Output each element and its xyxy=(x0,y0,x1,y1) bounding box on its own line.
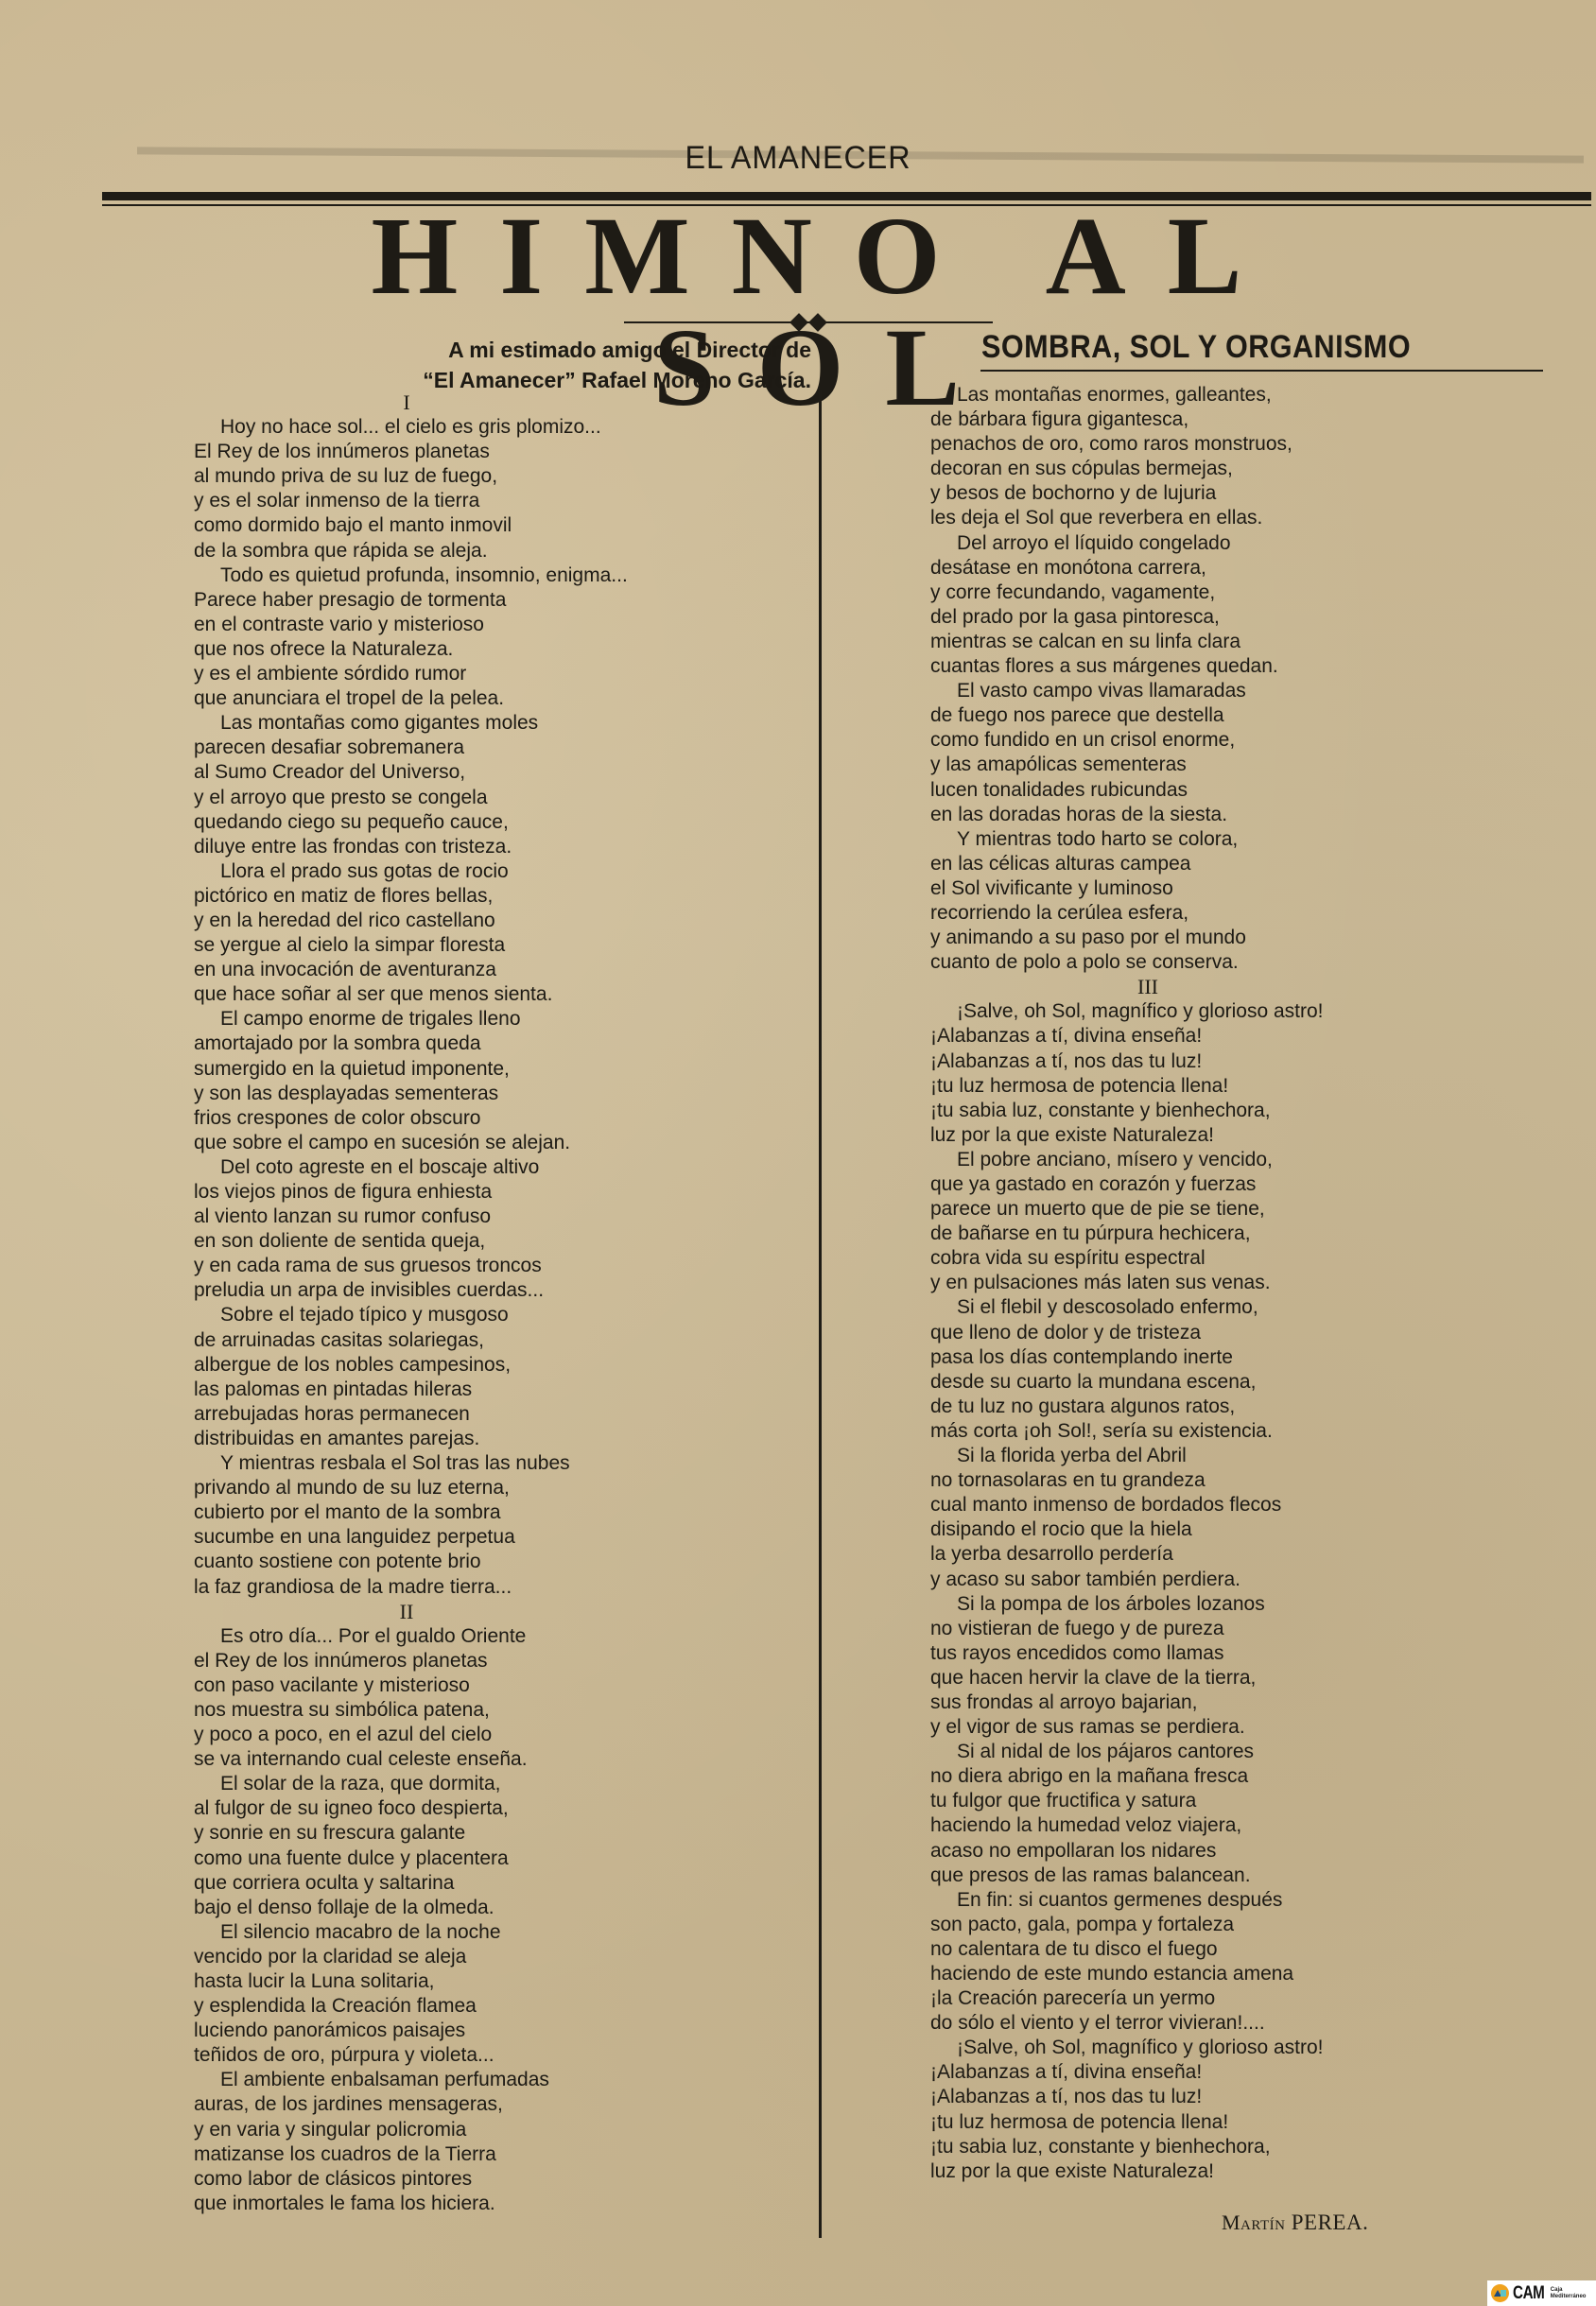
verse-line: ¡Salve, oh Sol, magnífico y glorioso ast… xyxy=(930,2036,1535,2060)
verse-line: que hacen hervir la clave de la tierra, xyxy=(930,1666,1535,1690)
verse-line: Si al nidal de los pájaros cantores xyxy=(930,1740,1535,1764)
verse-line: El solar de la raza, que dormita, xyxy=(194,1772,799,1796)
verse-line: les deja el Sol que reverbera en ellas. xyxy=(930,506,1535,530)
verse-line: cuanto sostiene con potente brio xyxy=(194,1550,799,1574)
verse-line: desátase en monótona carrera, xyxy=(930,556,1535,581)
verse-line: nos muestra su simbólica patena, xyxy=(194,1698,799,1723)
verse-line: los viejos pinos de figura enhiesta xyxy=(194,1180,799,1205)
stanza-numeral: II xyxy=(194,1600,619,1624)
verse-line: teñidos de oro, púrpura y violeta... xyxy=(194,2043,799,2068)
verse-line: y corre fecundando, vagamente, xyxy=(930,581,1535,605)
verse-line: Todo es quietud profunda, insomnio, enig… xyxy=(194,563,799,588)
verse-line: que corriera oculta y saltarina xyxy=(194,1871,799,1896)
verse-line: vencido por la claridad se aleja xyxy=(194,1945,799,1969)
verse-line: se va internando cual celeste enseña. xyxy=(194,1747,799,1772)
verse-line: en las célicas alturas campea xyxy=(930,852,1535,876)
poem-left-column: IHoy no hace sol... el cielo es gris plo… xyxy=(194,390,799,2216)
verse-line: de la sombra que rápida se aleja. xyxy=(194,539,799,563)
verse-line: no vistieran de fuego y de pureza xyxy=(930,1617,1535,1641)
verse-line: El ambiente enbalsaman perfumadas xyxy=(194,2068,799,2092)
verse-line: como una fuente dulce y placentera xyxy=(194,1847,799,1871)
verse-line: mientras se calcan en su linfa clara xyxy=(930,630,1535,654)
verse-line: y en pulsaciones más laten sus venas. xyxy=(930,1271,1535,1295)
verse-line: no tornasolaras en tu grandeza xyxy=(930,1468,1535,1493)
verse-line: En fin: si cuantos germenes después xyxy=(930,1888,1535,1913)
verse-line: sumergido en la quietud imponente, xyxy=(194,1057,799,1082)
verse-line: Del arroyo el líquido congelado xyxy=(930,531,1535,556)
verse-line: disipando el rocio que la hiela xyxy=(930,1517,1535,1542)
verse-line: que hace soñar al ser que menos sienta. xyxy=(194,982,799,1007)
verse-line: las palomas en pintadas hileras xyxy=(194,1378,799,1402)
verse-line: y besos de bochorno y de lujuria xyxy=(930,481,1535,506)
author-last-name: PEREA. xyxy=(1292,2211,1369,2234)
verse-line: Las montañas como gigantes moles xyxy=(194,711,799,736)
verse-line: y es el ambiente sórdido rumor xyxy=(194,662,799,686)
verse-line: bajo el denso follaje de la olmeda. xyxy=(194,1896,799,1920)
verse-line: como fundido en un crisol enorme, xyxy=(930,728,1535,753)
verse-line: que lleno de dolor y de tristeza xyxy=(930,1321,1535,1345)
verse-line: el Rey de los innúmeros planetas xyxy=(194,1649,799,1673)
verse-line: en una invocación de aventuranza xyxy=(194,958,799,982)
verse-line: frios crespones de color obscuro xyxy=(194,1106,799,1131)
verse-line: hasta lucir la Luna solitaria, xyxy=(194,1969,799,1994)
verse-line: recorriendo la cerúlea esfera, xyxy=(930,901,1535,926)
verse-line: de bañarse en tu púrpura hechicera, xyxy=(930,1222,1535,1246)
poem-right-column: Las montañas enormes, galleantes,de bárb… xyxy=(930,383,1535,2184)
verse-line: de fuego nos parece que destella xyxy=(930,703,1535,728)
cam-circle-logo-icon xyxy=(1491,2284,1509,2302)
logo-text: CAM xyxy=(1513,2283,1544,2304)
verse-line: no diera abrigo en la mañana fresca xyxy=(930,1764,1535,1789)
verse-line: la yerba desarrollo perdería xyxy=(930,1542,1535,1567)
verse-line: y sonrie en su frescura galante xyxy=(194,1821,799,1846)
section-title: SOMBRA, SOL Y ORGANISMO xyxy=(981,329,1483,366)
verse-line: ¡tu sabia luz, constante y bienhechora, xyxy=(930,2135,1535,2159)
section-title-underline xyxy=(980,370,1543,372)
verse-line: y son las desplayadas sementeras xyxy=(194,1082,799,1106)
verse-line: en las doradas horas de la siesta. xyxy=(930,803,1535,827)
verse-line: Llora el prado sus gotas de rocio xyxy=(194,859,799,884)
verse-line: ¡Alabanzas a tí, nos das tu luz! xyxy=(930,1049,1535,1074)
verse-line: y el arroyo que presto se congela xyxy=(194,786,799,810)
verse-line: y el vigor de sus ramas se perdiera. xyxy=(930,1715,1535,1740)
stanza-numeral: III xyxy=(930,975,1365,999)
verse-line: parece un muerto que de pie se tiene, xyxy=(930,1197,1535,1222)
verse-line: cual manto inmenso de bordados flecos xyxy=(930,1493,1535,1517)
verse-line: ¡Alabanzas a tí, nos das tu luz! xyxy=(930,2085,1535,2109)
verse-line: Si la pompa de los árboles lozanos xyxy=(930,1592,1535,1617)
verse-line: auras, de los jardines mensageras, xyxy=(194,2092,799,2117)
square-icon xyxy=(1501,2290,1506,2297)
verse-line: tus rayos encedidos como llamas xyxy=(930,1641,1535,1666)
verse-line: desde su cuarto la mundana escena, xyxy=(930,1370,1535,1395)
verse-line: al mundo priva de su luz de fuego, xyxy=(194,464,799,489)
verse-line: son pacto, gala, pompa y fortaleza xyxy=(930,1913,1535,1937)
verse-line: amortajado por la sombra queda xyxy=(194,1032,799,1056)
verse-line: distribuidas en amantes parejas. xyxy=(194,1427,799,1451)
verse-line: haciendo de este mundo estancia amena xyxy=(930,1962,1535,1986)
verse-line: y poco a poco, en el azul del cielo xyxy=(194,1723,799,1747)
verse-line: Sobre el tejado típico y musgoso xyxy=(194,1303,799,1327)
verse-line: que presos de las ramas balancean. xyxy=(930,1864,1535,1888)
verse-line: ¡tu luz hermosa de potencia llena! xyxy=(930,1074,1535,1099)
verse-line: parecen desafiar sobremanera xyxy=(194,736,799,760)
verse-line: cobra vida su espíritu espectral xyxy=(930,1246,1535,1271)
verse-line: El Rey de los innúmeros planetas xyxy=(194,440,799,464)
verse-line: preludia un arpa de invisibles cuerdas..… xyxy=(194,1278,799,1303)
verse-line: El pobre anciano, mísero y vencido, xyxy=(930,1148,1535,1172)
verse-line: diluye entre las frondas con tristeza. xyxy=(194,835,799,859)
verse-line: ¡tu luz hermosa de potencia llena! xyxy=(930,2110,1535,2135)
verse-line: ¡tu sabia luz, constante y bienhechora, xyxy=(930,1099,1535,1123)
verse-line: Hoy no hace sol... el cielo es gris plom… xyxy=(194,415,799,440)
verse-line: pictórico en matiz de flores bellas, xyxy=(194,884,799,909)
newspaper-page: EL AMANECER HIMNO AL SOL A mi estimado a… xyxy=(0,0,1596,2306)
author-signature: Martín PEREA. xyxy=(1222,2211,1368,2235)
verse-line: se yergue al cielo la simpar floresta xyxy=(194,933,799,958)
verse-line: como labor de clásicos pintores xyxy=(194,2167,799,2192)
verse-line: El vasto campo vivas llamaradas xyxy=(930,679,1535,703)
logo-subtitle: Caja Mediterráneo xyxy=(1551,2287,1587,2300)
verse-line: luz por la que existe Naturaleza! xyxy=(930,1123,1535,1148)
verse-line: ¡Alabanzas a tí, divina enseña! xyxy=(930,2060,1535,2085)
verse-line: y animando a su paso por el mundo xyxy=(930,926,1535,950)
verse-line: como dormido bajo el manto inmovil xyxy=(194,513,799,538)
dedication: A mi estimado amigo el Director de “El A… xyxy=(180,335,811,395)
verse-line: y las amapólicas sementeras xyxy=(930,753,1535,777)
verse-line: Y mientras resbala el Sol tras las nubes xyxy=(194,1451,799,1476)
verse-line: de arruinadas casitas solariegas, xyxy=(194,1328,799,1353)
verse-line: Si el flebil y descosolado enfermo, xyxy=(930,1295,1535,1320)
verse-line: ¡Alabanzas a tí, divina enseña! xyxy=(930,1024,1535,1049)
author-first-name: Martín xyxy=(1222,2211,1286,2234)
verse-line: y es el solar inmenso de la tierra xyxy=(194,489,799,513)
verse-line: en el contraste vario y misterioso xyxy=(194,613,799,637)
verse-line: y en la heredad del rico castellano xyxy=(194,909,799,933)
verse-line: pasa los días contemplando inerte xyxy=(930,1345,1535,1370)
verse-line: que inmortales le fama los hiciera. xyxy=(194,2192,799,2216)
verse-line: y en varia y singular policromia xyxy=(194,2118,799,2142)
publication-name: EL AMANECER xyxy=(40,140,1556,177)
verse-line: cubierto por el manto de la sombra xyxy=(194,1500,799,1525)
verse-line: luz por la que existe Naturaleza! xyxy=(930,2159,1535,2184)
verse-line: Y mientras todo harto se colora, xyxy=(930,827,1535,852)
verse-line: arrebujadas horas permanecen xyxy=(194,1402,799,1427)
verse-line: Es otro día... Por el gualdo Oriente xyxy=(194,1624,799,1649)
verse-line: no calentara de tu disco el fuego xyxy=(930,1937,1535,1962)
verse-line: cuantas flores a sus márgenes quedan. xyxy=(930,654,1535,679)
verse-line: del prado por la gasa pintoresca, xyxy=(930,605,1535,630)
verse-line: y acaso su sabor también perdiera. xyxy=(930,1568,1535,1592)
verse-line: la faz grandiosa de la madre tierra... xyxy=(194,1575,799,1600)
stanza-numeral: I xyxy=(194,390,619,415)
verse-line: matizanse los cuadros de la Tierra xyxy=(194,2142,799,2167)
verse-line: que ya gastado en corazón y fuerzas xyxy=(930,1172,1535,1197)
verse-line: al Sumo Creador del Universo, xyxy=(194,760,799,785)
verse-line: cuanto de polo a polo se conserva. xyxy=(930,950,1535,975)
verse-line: luciendo panorámicos paisajes xyxy=(194,2019,799,2043)
verse-line: que anunciara el tropel de la pelea. xyxy=(194,686,799,711)
verse-line: sus frondas al arroyo bajarian, xyxy=(930,1690,1535,1715)
cam-logo-watermark: CAM Caja Mediterráneo xyxy=(1487,2280,1596,2306)
verse-line: que sobre el campo en sucesión se alejan… xyxy=(194,1131,799,1155)
verse-line: sucumbe en una languidez perpetua xyxy=(194,1525,799,1550)
dedication-line-1: A mi estimado amigo el Director de xyxy=(180,335,811,365)
verse-line: quedando ciego su pequeño cauce, xyxy=(194,810,799,835)
verse-line: penachos de oro, como raros monstruos, xyxy=(930,432,1535,457)
verse-line: Parece haber presagio de tormenta xyxy=(194,588,799,613)
verse-line: que nos ofrece la Naturaleza. xyxy=(194,637,799,662)
verse-line: haciendo la humedad veloz viajera, xyxy=(930,1813,1535,1838)
verse-line: Si la florida yerba del Abril xyxy=(930,1444,1535,1468)
verse-line: El silencio macabro de la noche xyxy=(194,1920,799,1945)
column-divider xyxy=(819,390,822,2238)
verse-line: albergue de los nobles campesinos, xyxy=(194,1353,799,1378)
verse-line: privando al mundo de su luz eterna, xyxy=(194,1476,799,1500)
verse-line: Las montañas enormes, galleantes, xyxy=(930,383,1535,407)
verse-line: al fulgor de su igneo foco despierta, xyxy=(194,1796,799,1821)
verse-line: con paso vacilante y misterioso xyxy=(194,1673,799,1698)
verse-line: y esplendida la Creación flamea xyxy=(194,1994,799,2019)
verse-line: de tu luz no gustara algunos ratos, xyxy=(930,1395,1535,1419)
verse-line: Del coto agreste en el boscaje altivo xyxy=(194,1155,799,1180)
verse-line: y en cada rama de sus gruesos troncos xyxy=(194,1254,799,1278)
verse-line: tu fulgor que fructifica y satura xyxy=(930,1789,1535,1813)
verse-line: de bárbara figura gigantesca, xyxy=(930,407,1535,432)
verse-line: do sólo el viento y el terror vivieran!.… xyxy=(930,2011,1535,2036)
verse-line: acaso no empollaran los nidares xyxy=(930,1839,1535,1864)
verse-line: lucen tonalidades rubicundas xyxy=(930,778,1535,803)
verse-line: ¡Salve, oh Sol, magnífico y glorioso ast… xyxy=(930,999,1535,1024)
ornamental-rule-icon xyxy=(624,318,993,327)
verse-line: más corta ¡oh Sol!, sería su existencia. xyxy=(930,1419,1535,1444)
verse-line: El campo enorme de trigales lleno xyxy=(194,1007,799,1032)
verse-line: en son doliente de sentida queja, xyxy=(194,1229,799,1254)
verse-line: decoran en sus cópulas bermejas, xyxy=(930,457,1535,481)
verse-line: ¡la Creación parecería un yermo xyxy=(930,1986,1535,2011)
verse-line: el Sol vivificante y luminoso xyxy=(930,876,1535,901)
verse-line: al viento lanzan su rumor confuso xyxy=(194,1205,799,1229)
